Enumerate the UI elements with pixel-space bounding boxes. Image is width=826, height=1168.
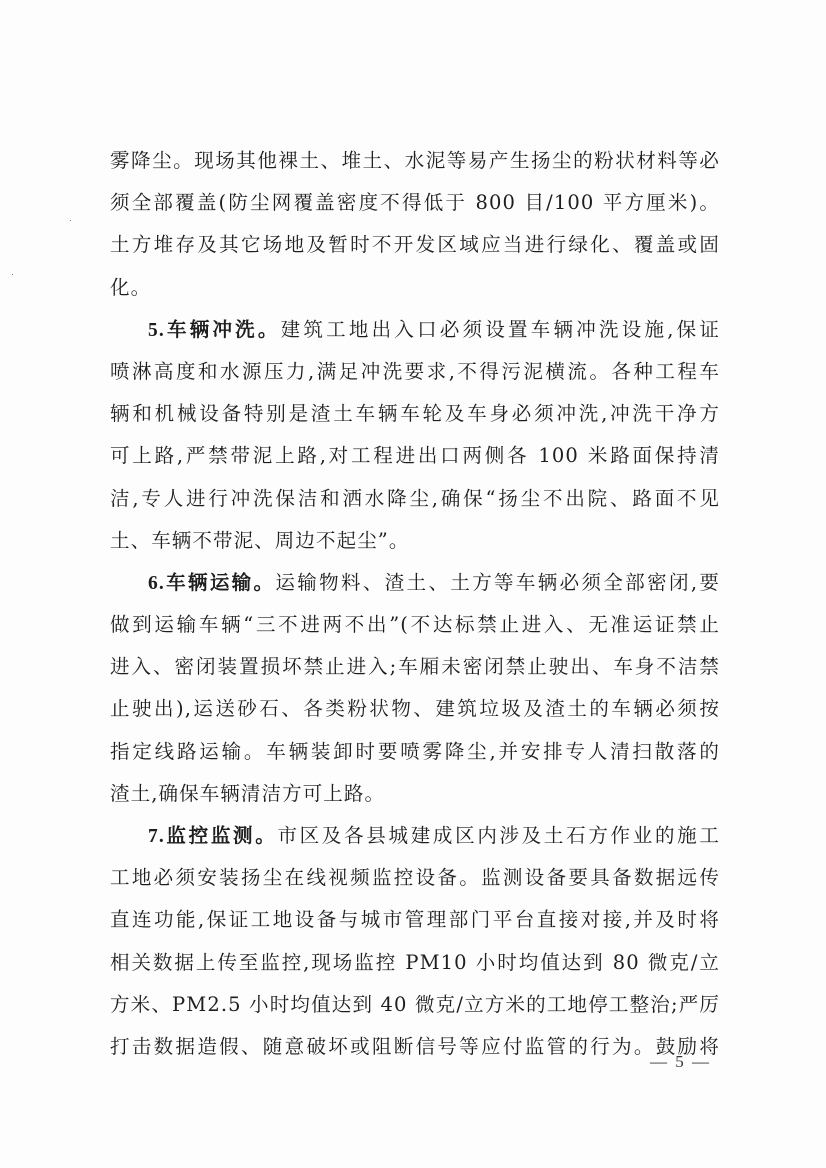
text-line: 工地必须安装扬尘在线视频监控设备。监测设备要具备数据远传 bbox=[110, 857, 720, 899]
section-number: 6. bbox=[148, 573, 165, 594]
text-line: 可上路,严禁带泥上路,对工程进出口两侧各 100 米路面保持清 bbox=[110, 435, 720, 477]
text-line: 雾降尘。现场其他裸土、堆土、水泥等易产生扬尘的粉状材料等必 bbox=[110, 140, 720, 182]
section-title: 车辆运输。 bbox=[165, 571, 276, 594]
text-line: 打击数据造假、随意破坏或阻断信号等应付监管的行为。鼓励将 bbox=[110, 1026, 720, 1068]
scan-speck bbox=[12, 274, 13, 275]
section-heading-line: 5.车辆冲洗。建筑工地出入口必须设置车辆冲洗设施,保证 bbox=[110, 309, 720, 351]
text-line: 方米、PM2.5 小时均值达到 40 微克/立方米的工地停工整治;严厉 bbox=[110, 984, 720, 1026]
text-line: 进入、密闭装置损坏禁止进入;车厢未密闭禁止驶出、车身不洁禁 bbox=[110, 646, 720, 688]
text-line: 止驶出),运送砂石、各类粉状物、建筑垃圾及渣土的车辆必须按 bbox=[110, 688, 720, 730]
text-line: 化。 bbox=[110, 267, 720, 309]
text-line: 须全部覆盖(防尘网覆盖密度不得低于 800 目/100 平方厘米)。 bbox=[110, 182, 720, 224]
page-number: — 5 — bbox=[650, 1052, 711, 1072]
text-span: 建筑工地出入口必须设置车辆冲洗设施,保证 bbox=[281, 318, 720, 341]
text-line: 洁,专人进行冲洗保洁和洒水降尘,确保“扬尘不出院、路面不见 bbox=[110, 478, 720, 520]
text-line: 做到运输车辆“三不进两不出”(不达标禁止进入、无准运证禁止 bbox=[110, 604, 720, 646]
text-line: 相关数据上传至监控,现场监控 PM10 小时均值达到 80 微克/立 bbox=[110, 942, 720, 984]
section-title: 车辆冲洗。 bbox=[165, 318, 281, 341]
document-page: 雾降尘。现场其他裸土、堆土、水泥等易产生扬尘的粉状材料等必 须全部覆盖(防尘网覆… bbox=[0, 0, 826, 1168]
text-line: 直连功能,保证工地设备与城市管理部门平台直接对接,并及时将 bbox=[110, 899, 720, 941]
text-span: 运输物料、渣土、土方等车辆必须全部密闭,要 bbox=[275, 571, 720, 594]
body-text: 雾降尘。现场其他裸土、堆土、水泥等易产生扬尘的粉状材料等必 须全部覆盖(防尘网覆… bbox=[110, 140, 720, 1068]
text-line: 渣土,确保车辆清洁方可上路。 bbox=[110, 773, 720, 815]
text-line: 辆和机械设备特别是渣土车辆车轮及车身必须冲洗,冲洗干净方 bbox=[110, 393, 720, 435]
scan-speck bbox=[70, 220, 71, 221]
text-line: 土、车辆不带泥、周边不起尘”。 bbox=[110, 520, 720, 562]
text-line: 土方堆存及其它场地及暂时不开发区域应当进行绿化、覆盖或固 bbox=[110, 224, 720, 266]
section-heading-line: 6.车辆运输。运输物料、渣土、土方等车辆必须全部密闭,要 bbox=[110, 562, 720, 604]
section-number: 7. bbox=[148, 826, 165, 847]
section-heading-line: 7.监控监测。市区及各县城建成区内涉及土石方作业的施工 bbox=[110, 815, 720, 857]
text-span: 市区及各县城建成区内涉及土石方作业的施工 bbox=[277, 824, 720, 847]
text-line: 喷淋高度和水源压力,满足冲洗要求,不得污泥横流。各种工程车 bbox=[110, 351, 720, 393]
section-number: 5. bbox=[148, 320, 165, 341]
text-line: 指定线路运输。车辆装卸时要喷雾降尘,并安排专人清扫散落的 bbox=[110, 731, 720, 773]
section-title: 监控监测。 bbox=[165, 824, 278, 847]
